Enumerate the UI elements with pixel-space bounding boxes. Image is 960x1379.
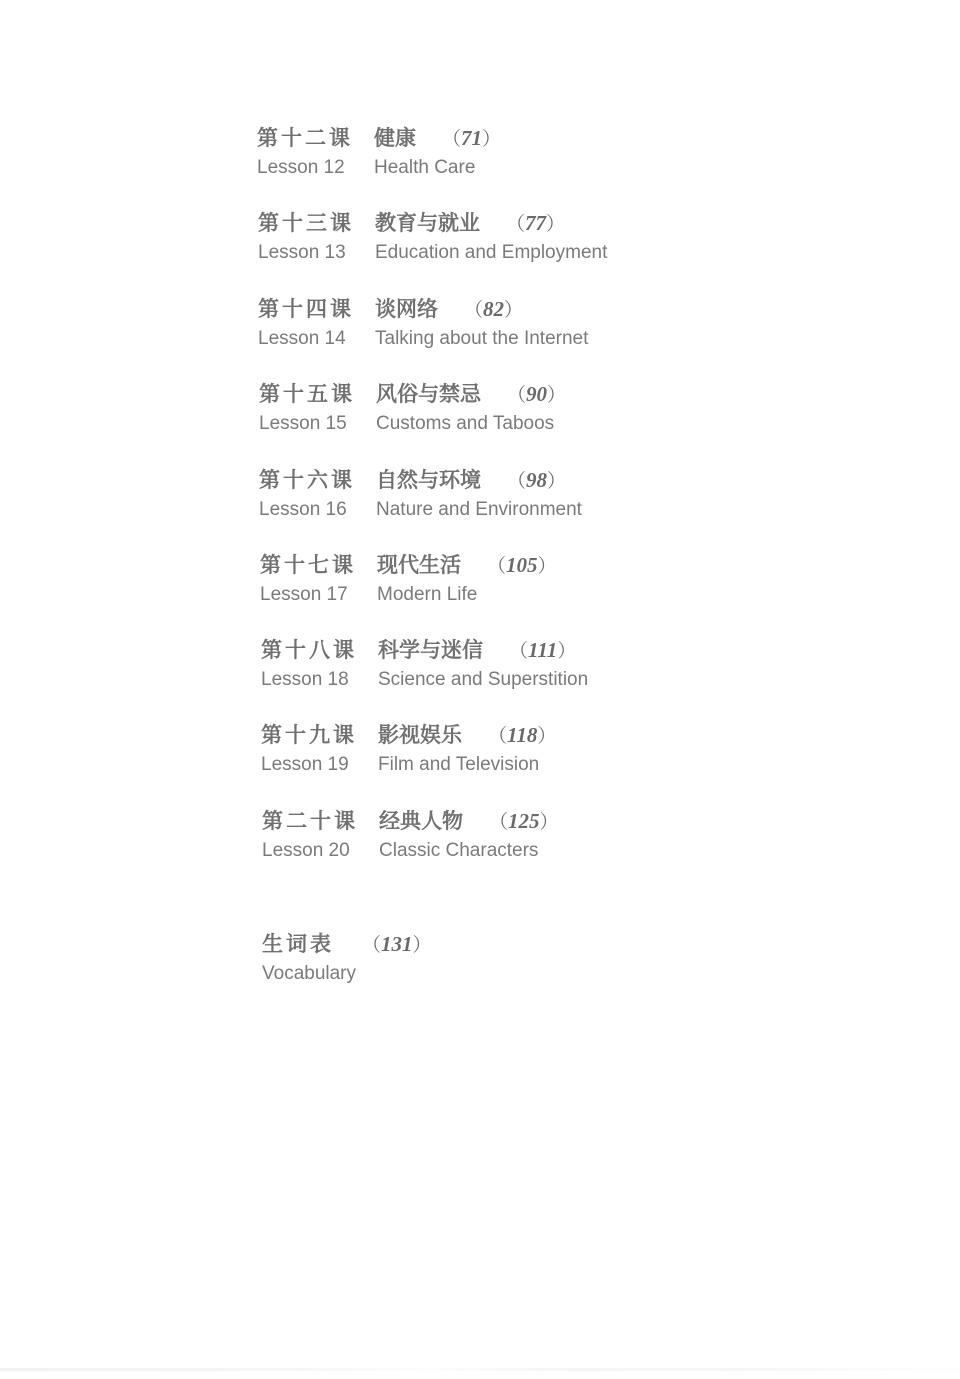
toc-entry-lesson-15: 第十五课风俗与禁忌（90） Lesson 15Customs and Taboo… bbox=[259, 379, 759, 439]
lesson-title-en: Classic Characters bbox=[379, 836, 538, 866]
lesson-title-en: Education and Employment bbox=[375, 238, 607, 268]
lesson-title-zh: 自然与环境 bbox=[376, 465, 481, 495]
page-number: （98） bbox=[507, 465, 566, 496]
entry-english-line: Lesson 15Customs and Taboos bbox=[259, 409, 759, 439]
lesson-number-zh: 第十四课 bbox=[258, 294, 375, 324]
vocabulary-title-zh: 生词表 bbox=[262, 929, 334, 959]
lesson-number-zh: 第十五课 bbox=[259, 379, 376, 409]
entry-chinese-line: 第十二课健康（71） bbox=[257, 123, 757, 153]
lesson-title-en: Health Care bbox=[374, 153, 475, 183]
lesson-number-zh: 第十二课 bbox=[257, 123, 374, 153]
scan-bottom-edge bbox=[0, 1368, 960, 1371]
toc-entry-lesson-12: 第十二课健康（71） Lesson 12Health Care bbox=[257, 123, 757, 183]
entry-english-line: Lesson 20Classic Characters bbox=[262, 836, 762, 866]
lesson-number-en: Lesson 13 bbox=[258, 238, 375, 268]
toc-entry-vocabulary: 生词表（131） Vocabulary bbox=[262, 929, 762, 989]
lesson-title-en: Customs and Taboos bbox=[376, 409, 554, 439]
lesson-number-zh: 第十三课 bbox=[258, 208, 375, 238]
page-number: （125） bbox=[489, 806, 559, 837]
entry-english-line: Lesson 16Nature and Environment bbox=[259, 495, 759, 525]
lesson-number-zh: 第十七课 bbox=[260, 550, 377, 580]
lesson-number-en: Lesson 14 bbox=[258, 324, 375, 354]
lesson-number-en: Lesson 18 bbox=[261, 665, 378, 695]
entry-english-line: Lesson 12Health Care bbox=[257, 153, 757, 183]
page-number: （105） bbox=[487, 550, 557, 581]
table-of-contents: 第十二课健康（71） Lesson 12Health Care 第十三课教育与就… bbox=[0, 0, 960, 1379]
lesson-title-zh: 现代生活 bbox=[377, 550, 461, 580]
toc-entry-lesson-14: 第十四课谈网络（82） Lesson 14Talking about the I… bbox=[258, 294, 758, 354]
page-number: （90） bbox=[507, 379, 566, 410]
toc-entry-lesson-19: 第十九课影视娱乐（118） Lesson 19Film and Televisi… bbox=[261, 720, 761, 780]
lesson-title-zh: 谈网络 bbox=[375, 294, 438, 324]
lesson-title-en: Modern Life bbox=[377, 580, 477, 610]
lesson-title-zh: 影视娱乐 bbox=[378, 720, 462, 750]
entry-english-line: Vocabulary bbox=[262, 959, 762, 989]
toc-entry-lesson-13: 第十三课教育与就业（77） Lesson 13Education and Emp… bbox=[258, 208, 758, 268]
lesson-title-zh: 经典人物 bbox=[379, 806, 463, 836]
entry-english-line: Lesson 19Film and Television bbox=[261, 750, 761, 780]
entry-chinese-line: 第十五课风俗与禁忌（90） bbox=[259, 379, 759, 409]
entry-english-line: Lesson 14Talking about the Internet bbox=[258, 324, 758, 354]
lesson-number-en: Lesson 15 bbox=[259, 409, 376, 439]
vocabulary-title-en: Vocabulary bbox=[262, 959, 356, 989]
lesson-title-zh: 科学与迷信 bbox=[378, 635, 483, 665]
lesson-number-en: Lesson 20 bbox=[262, 836, 379, 866]
page-number: （82） bbox=[464, 294, 523, 325]
lesson-number-en: Lesson 17 bbox=[260, 580, 377, 610]
entry-english-line: Lesson 13Education and Employment bbox=[258, 238, 758, 268]
lesson-number-en: Lesson 16 bbox=[259, 495, 376, 525]
page-number: （131） bbox=[362, 929, 432, 960]
toc-entry-lesson-16: 第十六课自然与环境（98） Lesson 16Nature and Enviro… bbox=[259, 465, 759, 525]
toc-entry-lesson-20: 第二十课经典人物（125） Lesson 20Classic Character… bbox=[262, 806, 762, 866]
entry-chinese-line: 第十九课影视娱乐（118） bbox=[261, 720, 761, 750]
toc-entry-lesson-17: 第十七课现代生活（105） Lesson 17Modern Life bbox=[260, 550, 760, 610]
entry-chinese-line: 第二十课经典人物（125） bbox=[262, 806, 762, 836]
lesson-title-en: Film and Television bbox=[378, 750, 539, 780]
lesson-title-en: Nature and Environment bbox=[376, 495, 582, 525]
lesson-title-zh: 教育与就业 bbox=[375, 208, 480, 238]
lesson-number-zh: 第十八课 bbox=[261, 635, 378, 665]
page-number: （77） bbox=[506, 208, 565, 239]
lesson-number-zh: 第十六课 bbox=[259, 465, 376, 495]
entry-chinese-line: 第十四课谈网络（82） bbox=[258, 294, 758, 324]
toc-entry-lesson-18: 第十八课科学与迷信（111） Lesson 18Science and Supe… bbox=[261, 635, 761, 695]
page-number: （118） bbox=[488, 720, 556, 751]
entry-chinese-line: 第十三课教育与就业（77） bbox=[258, 208, 758, 238]
entry-chinese-line: 第十七课现代生活（105） bbox=[260, 550, 760, 580]
lesson-title-en: Science and Superstition bbox=[378, 665, 588, 695]
lesson-number-en: Lesson 19 bbox=[261, 750, 378, 780]
lesson-title-zh: 风俗与禁忌 bbox=[376, 379, 481, 409]
entry-english-line: Lesson 17Modern Life bbox=[260, 580, 760, 610]
lesson-number-en: Lesson 12 bbox=[257, 153, 374, 183]
entry-chinese-line: 第十八课科学与迷信（111） bbox=[261, 635, 761, 665]
lesson-number-zh: 第二十课 bbox=[262, 806, 379, 836]
lesson-title-en: Talking about the Internet bbox=[375, 324, 588, 354]
entry-chinese-line: 第十六课自然与环境（98） bbox=[259, 465, 759, 495]
lesson-number-zh: 第十九课 bbox=[261, 720, 378, 750]
page-number: （71） bbox=[442, 123, 501, 154]
entry-english-line: Lesson 18Science and Superstition bbox=[261, 665, 761, 695]
entry-chinese-line: 生词表（131） bbox=[262, 929, 762, 959]
page-number: （111） bbox=[509, 635, 576, 666]
lesson-title-zh: 健康 bbox=[374, 123, 416, 153]
